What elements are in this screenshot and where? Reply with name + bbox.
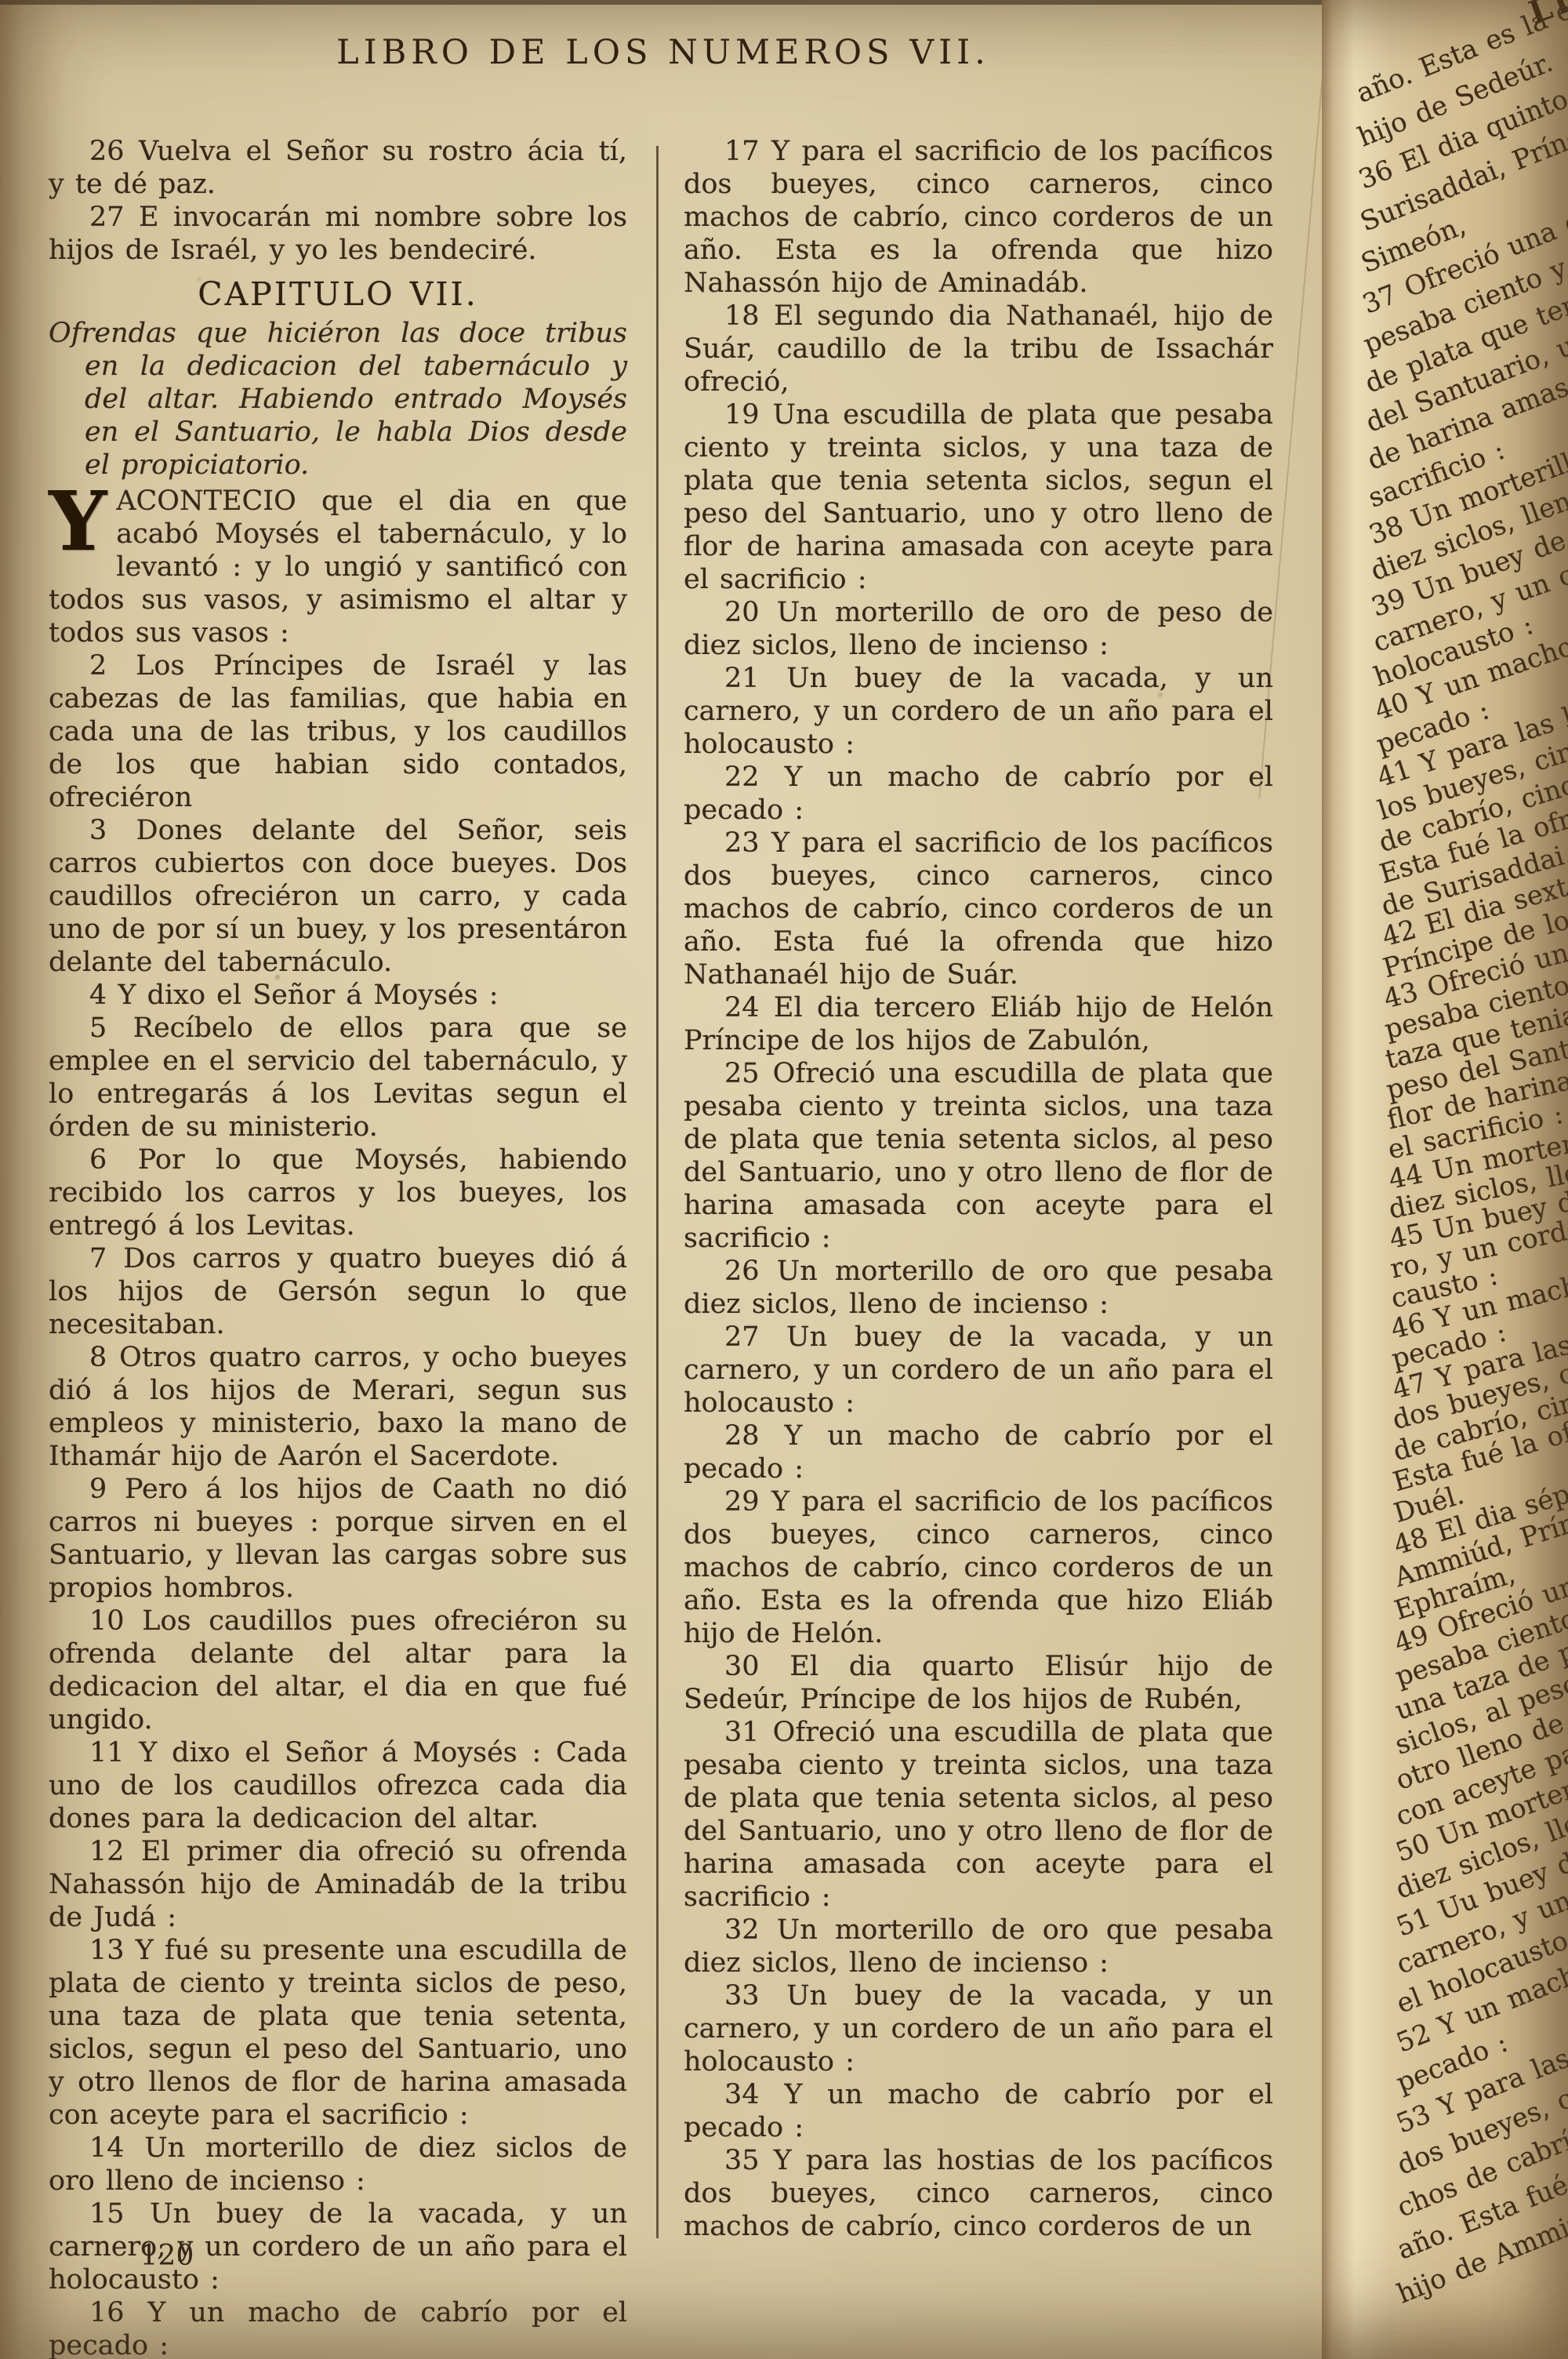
facing-page-edge: LI año. Esta es la ofrenda q hijo de Sed…: [1322, 0, 1568, 2359]
verse-text: 8 Otros quatro carros, y ocho bueyes dió…: [49, 1342, 627, 1472]
verse-text: 29 Y para el sacrificio de los pacíficos…: [684, 1486, 1273, 1649]
verse-paragraph: 35 Y para las hostias de los pacíficos d…: [684, 2144, 1273, 2243]
verse-text: 10 Los caudillos pues ofreciéron su ofre…: [49, 1605, 627, 1736]
verse-text: 30 El dia quarto Elisúr hijo de Sedeúr, …: [684, 1651, 1273, 1715]
verse-text: 31 Ofreció una escudilla de plata que pe…: [684, 1717, 1273, 1913]
verse-text: 27 Un buey de la vacada, y un carnero, y…: [684, 1321, 1273, 1419]
page-top-edge-shadow: [0, 0, 1356, 5]
verse-paragraph: 21 Un buey de la vacada, y un carnero, y…: [684, 662, 1273, 761]
verse-text: 21 Un buey de la vacada, y un carnero, y…: [684, 663, 1273, 760]
verse-text: Ofrendas que hiciéron las doce tribus en…: [49, 318, 627, 481]
verse-text: 34 Y un macho de cabrío por el pecado :: [684, 2079, 1273, 2143]
verse-text: 27 E invocarán mi nombre sobre los hijos…: [49, 202, 627, 266]
verse-text: 6 Por lo que Moysés, habiendo recibido l…: [49, 1144, 627, 1241]
verse-text: 4 Y dixo el Señor á Moysés :: [89, 980, 499, 1011]
verse-text: 5 Recíbelo de ellos para que se emplee e…: [49, 1012, 627, 1143]
verse-paragraph: 9 Pero á los hijos de Caath no dió carro…: [49, 1473, 627, 1605]
verse-paragraph: 27 Un buey de la vacada, y un carnero, y…: [684, 1321, 1273, 1419]
verse-text: 24 El dia tercero Eliáb hijo de Helón Pr…: [684, 992, 1273, 1056]
verse-paragraph: YACONTECIO que el dia en que acabó Moysé…: [49, 485, 627, 649]
right-text-column: 17 Y para el sacrificio de los pacíficos…: [684, 135, 1273, 2243]
verse-paragraph: 20 Un morterillo de oro de peso de diez …: [684, 596, 1273, 662]
verse-text: 26 Un morterillo de oro que pesaba diez …: [684, 1256, 1273, 1320]
verse-text: 32 Un morterillo de oro que pesaba diez …: [684, 1914, 1273, 1979]
verse-paragraph: 19 Una escudilla de plata que pesaba cie…: [684, 398, 1273, 596]
verse-paragraph: 16 Y un macho de cabrío por el pecado :: [49, 2296, 627, 2359]
verse-text: 23 Y para el sacrificio de los pacíficos…: [684, 827, 1273, 990]
verse-paragraph: 4 Y dixo el Señor á Moysés :: [49, 979, 627, 1012]
verse-paragraph: 23 Y para el sacrificio de los pacíficos…: [684, 827, 1273, 991]
verse-text: 19 Una escudilla de plata que pesaba cie…: [684, 399, 1273, 595]
verse-text: 16 Y un macho de cabrío por el pecado :: [49, 2297, 627, 2359]
verse-paragraph: 3 Dones delante del Señor, seis carros c…: [49, 814, 627, 979]
scanned-book-page: LIBRO DE LOS NUMEROS VII. 26 Vuelva el S…: [0, 0, 1568, 2359]
verse-paragraph: 28 Y un macho de cabrío por el pecado :: [684, 1419, 1273, 1485]
verse-text: 25 Ofreció una escudilla de plata que pe…: [684, 1058, 1273, 1254]
left-text-column: 26 Vuelva el Señor su rostro ácia tí, y …: [49, 135, 627, 2359]
verse-text: 33 Un buey de la vacada, y un carnero, y…: [684, 1980, 1273, 2077]
verse-paragraph: 33 Un buey de la vacada, y un carnero, y…: [684, 1979, 1273, 2078]
verse-paragraph: 13 Y fué su presente una escudilla de pl…: [49, 1934, 627, 2132]
verse-text: 14 Un morterillo de diez siclos de oro l…: [49, 2132, 627, 2197]
verse-paragraph: 6 Por lo que Moysés, habiendo recibido l…: [49, 1143, 627, 1242]
verse-text: 7 Dos carros y quatro bueyes dió á los h…: [49, 1243, 627, 1340]
verse-text: 3 Dones delante del Señor, seis carros c…: [49, 815, 627, 978]
verse-text: 2 Los Príncipes de Israél y las cabezas …: [49, 650, 627, 813]
verse-paragraph: 29 Y para el sacrificio de los pacíficos…: [684, 1485, 1273, 1650]
verse-paragraph: 24 El dia tercero Eliáb hijo de Helón Pr…: [684, 991, 1273, 1057]
verse-text: 35 Y para las hostias de los pacíficos d…: [684, 2145, 1273, 2242]
verse-paragraph: 10 Los caudillos pues ofreciéron su ofre…: [49, 1605, 627, 1736]
verse-paragraph: 27 E invocarán mi nombre sobre los hijos…: [49, 201, 627, 267]
verse-paragraph: 32 Un morterillo de oro que pesaba diez …: [684, 1914, 1273, 1979]
verse-paragraph: Ofrendas que hiciéron las doce tribus en…: [49, 317, 627, 482]
column-divider-rule: [656, 146, 659, 2238]
verse-text: 12 El primer dia ofreció su ofrenda Naha…: [49, 1836, 627, 1933]
verse-paragraph: 12 El primer dia ofreció su ofrenda Naha…: [49, 1835, 627, 1934]
verse-paragraph: 8 Otros quatro carros, y ocho bueyes dió…: [49, 1341, 627, 1473]
verse-paragraph: 26 Un morterillo de oro que pesaba diez …: [684, 1255, 1273, 1321]
verse-text: 13 Y fué su presente una escudilla de pl…: [49, 1935, 627, 2131]
verse-paragraph: 14 Un morterillo de diez siclos de oro l…: [49, 2132, 627, 2197]
verse-paragraph: 11 Y dixo el Señor á Moysés : Cada uno d…: [49, 1736, 627, 1835]
verse-paragraph: 34 Y un macho de cabrío por el pecado :: [684, 2078, 1273, 2144]
verse-paragraph: 25 Ofreció una escudilla de plata que pe…: [684, 1057, 1273, 1255]
verse-text: 22 Y un macho de cabrío por el pecado :: [684, 761, 1273, 826]
verse-text: 26 Vuelva el Señor su rostro ácia tí, y …: [49, 136, 627, 200]
page-number: 120: [116, 2240, 218, 2272]
verse-text: 9 Pero á los hijos de Caath no dió carro…: [49, 1474, 627, 1604]
running-header: LIBRO DE LOS NUMEROS VII.: [0, 33, 1327, 72]
verse-paragraph: 26 Vuelva el Señor su rostro ácia tí, y …: [49, 135, 627, 201]
verse-paragraph: 17 Y para el sacrificio de los pacíficos…: [684, 135, 1273, 300]
verse-paragraph: CAPITULO VII.: [49, 278, 627, 311]
verse-paragraph: 31 Ofreció una escudilla de plata que pe…: [684, 1716, 1273, 1914]
verse-paragraph: 2 Los Príncipes de Israél y las cabezas …: [49, 649, 627, 814]
verse-text: CAPITULO VII.: [198, 275, 478, 313]
verse-paragraph: 30 El dia quarto Elisúr hijo de Sedeúr, …: [684, 1650, 1273, 1716]
verse-text: ACONTECIO que el dia en que acabó Moysés…: [49, 485, 627, 649]
verse-text: 17 Y para el sacrificio de los pacíficos…: [684, 136, 1273, 299]
verse-text: 28 Y un macho de cabrío por el pecado :: [684, 1420, 1273, 1485]
verse-paragraph: 7 Dos carros y quatro bueyes dió á los h…: [49, 1242, 627, 1341]
verse-paragraph: 22 Y un macho de cabrío por el pecado :: [684, 761, 1273, 827]
verse-text: 20 Un morterillo de oro de peso de diez …: [684, 597, 1273, 661]
verse-text: 18 El segundo dia Nathanaél, hijo de Suá…: [684, 300, 1273, 398]
verse-paragraph: 5 Recíbelo de ellos para que se emplee e…: [49, 1012, 627, 1143]
verse-text: 11 Y dixo el Señor á Moysés : Cada uno d…: [49, 1737, 627, 1834]
paper-specks: [0, 0, 3, 3]
verse-paragraph: 18 El segundo dia Nathanaél, hijo de Suá…: [684, 300, 1273, 398]
drop-cap: Y: [49, 485, 116, 552]
